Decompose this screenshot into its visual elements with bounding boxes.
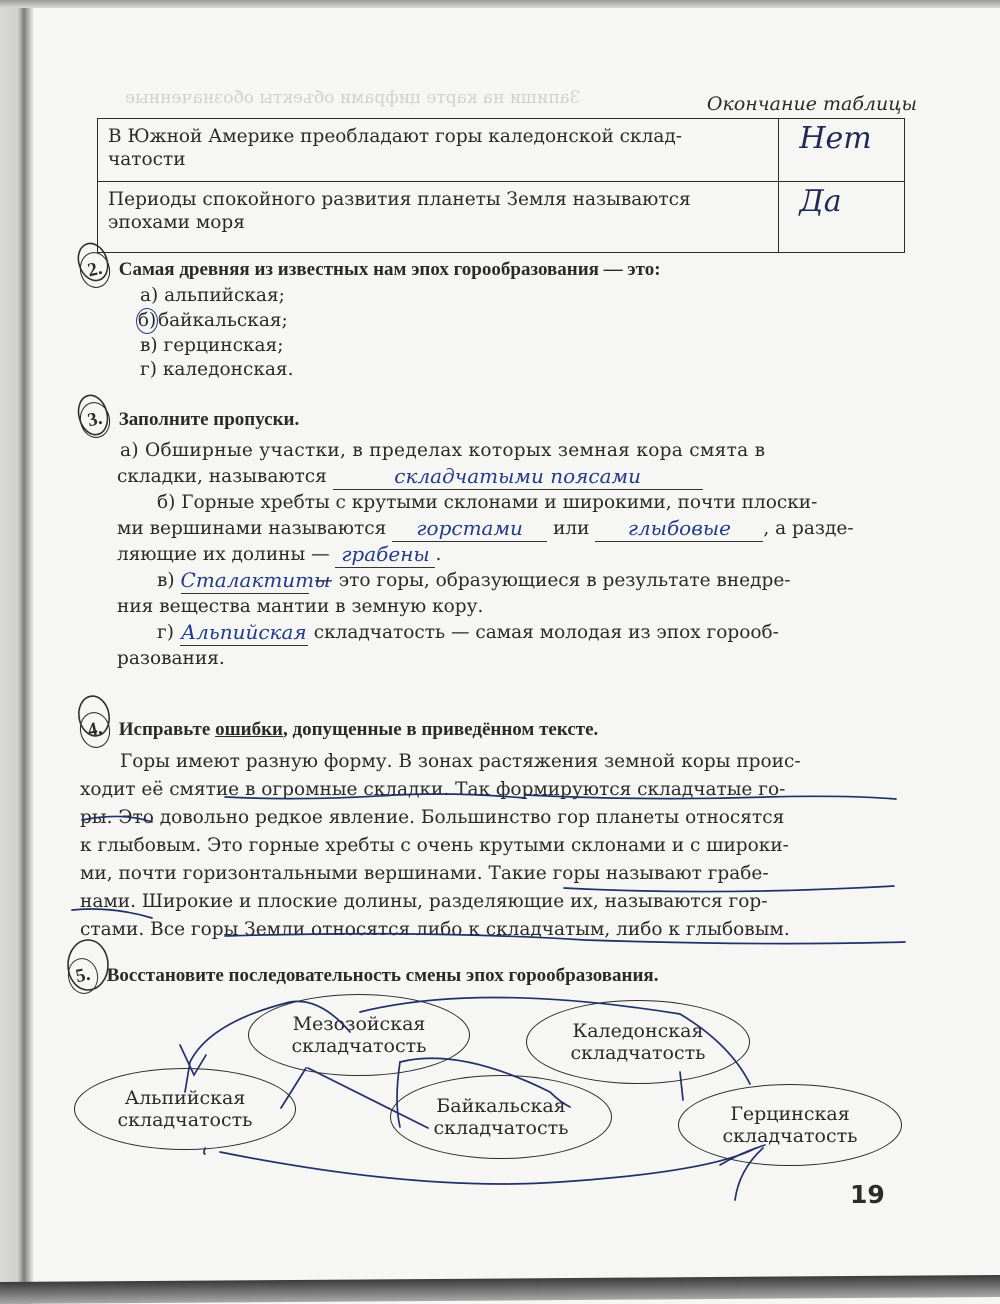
text-line: разования. bbox=[80, 646, 920, 672]
statement-cell: Периоды спокойного развития планеты Земл… bbox=[98, 182, 779, 253]
table-row: Периоды спокойного развития планеты Земл… bbox=[98, 182, 905, 253]
option-text: каледонская. bbox=[163, 359, 294, 380]
text-line: складки, называются складчатыми поясами bbox=[80, 464, 920, 490]
sequence-diagram: Мезозойская складчатость Каледонская скл… bbox=[60, 980, 940, 1220]
task-4-paragraph: Горы имеют разную форму. В зонах растяже… bbox=[80, 748, 920, 944]
text-fragment: стами. bbox=[80, 919, 150, 940]
blank-a[interactable]: складчатыми поясами bbox=[333, 465, 703, 490]
node-label: складчатость bbox=[292, 1035, 427, 1057]
text-fragment: ходит её bbox=[80, 779, 169, 800]
statement-cell: В Южной Америке преобладают горы каледон… bbox=[98, 119, 779, 182]
selected-circle-mark: б) bbox=[136, 308, 158, 334]
text-line: ми вершинами называются горстами или глы… bbox=[80, 516, 920, 542]
text-fragment: или bbox=[553, 518, 589, 539]
text-line: б) Горные хребты с крутыми склонами и ши… bbox=[80, 490, 920, 516]
underlined-error-fragment: Все горы Земли относятся либо к складчат… bbox=[150, 919, 790, 940]
option-letter: г) bbox=[140, 359, 157, 380]
underlined-error-fragment: смятие в огромные складки bbox=[169, 779, 443, 800]
handwritten-answer: Да bbox=[789, 190, 894, 213]
handwritten-answer: Сталактиты bbox=[181, 568, 331, 592]
task-4: 4. Исправьте ошибки, допущенные в привед… bbox=[80, 712, 920, 944]
handwritten-answer: Нет bbox=[789, 127, 894, 150]
task-3-heading: 3. Заполните пропуски. bbox=[80, 402, 920, 438]
text-fragment: Горы имеют разную форму. В зонах растяже… bbox=[120, 751, 801, 772]
handwritten-answer: горстами bbox=[416, 516, 523, 540]
title-fragment: Исправьте bbox=[119, 719, 215, 740]
title-underlined-word: ошибки bbox=[215, 719, 283, 740]
node-label: Мезозойская bbox=[293, 1013, 426, 1035]
text-fragment: к глыбовым. Это горные хребты с очень кр… bbox=[80, 835, 789, 856]
task-2-heading: 2. Самая древняя из известных нам эпох г… bbox=[80, 252, 920, 288]
option-d[interactable]: г) каледонская. bbox=[80, 358, 920, 382]
node-label: складчатость bbox=[434, 1117, 569, 1139]
text-fragment: складчатость — самая молодая из эпох гор… bbox=[314, 622, 779, 643]
underlined-error-fragment: Такие горы называют грабе- bbox=[489, 863, 769, 884]
text-fragment: — это горы, образующиеся в результате вн… bbox=[314, 570, 790, 591]
text-line: а) Обширные участки, в пределах которых … bbox=[80, 438, 920, 464]
text-line: нами. Широкие и плоские долины, разделяю… bbox=[80, 888, 920, 916]
task-number-circled: 4. bbox=[77, 709, 114, 750]
node-label: складчатость bbox=[571, 1042, 706, 1064]
option-letter: в) bbox=[140, 335, 158, 356]
text-fragment: в) bbox=[157, 570, 175, 591]
text-fragment: , а разде- bbox=[763, 518, 853, 539]
statement-text: Периоды спокойного развития планеты Земл… bbox=[108, 188, 768, 211]
page-gutter-shadow bbox=[0, 0, 34, 1304]
option-letter: а) bbox=[140, 285, 158, 306]
option-c[interactable]: в) герцинская; bbox=[80, 334, 920, 358]
handwritten-answer: грабены bbox=[341, 542, 429, 566]
text-line: в) Сталактиты — это горы, образующиеся в… bbox=[80, 568, 920, 594]
text-line: ния вещества мантии в земную кору. bbox=[80, 594, 920, 620]
page-number: 19 bbox=[850, 1180, 885, 1209]
table-row: В Южной Америке преобладают горы каледон… bbox=[98, 119, 905, 182]
text-line: Горы имеют разную форму. В зонах растяже… bbox=[80, 748, 920, 776]
table-caption: Окончание таблицы bbox=[707, 93, 917, 115]
underlined-error-fragment: Так формируются складчатые го- bbox=[455, 779, 785, 800]
option-b-selected[interactable]: б)байкальская; bbox=[80, 308, 920, 334]
answer-cell[interactable]: Да bbox=[779, 182, 905, 253]
underlined-error-fragment: ры. bbox=[80, 807, 112, 828]
node-alpine[interactable]: Альпийская складчатость bbox=[74, 1068, 296, 1150]
text-line: к глыбовым. Это горные хребты с очень кр… bbox=[80, 832, 920, 860]
node-label: Байкальская bbox=[436, 1095, 565, 1117]
node-label: складчатость bbox=[723, 1125, 858, 1147]
blank-b3[interactable]: грабены bbox=[335, 543, 435, 568]
statement-text: В Южной Америке преобладают горы каледон… bbox=[108, 125, 768, 148]
text-fragment: г) bbox=[157, 622, 174, 643]
page-bottom-edge bbox=[0, 1275, 1000, 1304]
text-line: г) Альпийская складчатость — самая молод… bbox=[80, 620, 920, 646]
blank-b2[interactable]: глыбовые bbox=[595, 517, 763, 542]
text-line: ры. Это довольно редкое явление. Большин… bbox=[80, 804, 920, 832]
text-fragment: ми вершинами называются bbox=[117, 518, 386, 539]
blank-b1[interactable]: горстами bbox=[392, 517, 547, 542]
handwritten-answer: складчатыми поясами bbox=[394, 464, 641, 488]
text-fragment: Это довольно редкое явление. Большинство… bbox=[112, 807, 784, 828]
task-3: 3. Заполните пропуски. а) Обширные участ… bbox=[80, 402, 920, 672]
text-fragment: ми, почти горизонтальными вершинами. bbox=[80, 863, 489, 884]
node-label: Альпийская bbox=[125, 1087, 246, 1109]
node-mesozoic[interactable]: Мезозойская складчатость bbox=[248, 994, 470, 1076]
option-text: герцинская; bbox=[164, 335, 284, 356]
task-2-title: Самая древняя из известных нам эпох горо… bbox=[119, 259, 661, 280]
true-false-table: В Южной Америке преобладают горы каледон… bbox=[97, 118, 905, 253]
blank-v[interactable]: Сталактиты bbox=[181, 569, 309, 594]
node-hercynian[interactable]: Герцинская складчатость bbox=[678, 1084, 902, 1166]
text-fragment: . bbox=[443, 779, 455, 800]
text-fragment: . bbox=[435, 544, 441, 565]
task-4-heading: 4. Исправьте ошибки, допущенные в привед… bbox=[80, 712, 920, 748]
node-label: Каледонская bbox=[573, 1020, 704, 1042]
statement-text: эпохами моря bbox=[108, 211, 768, 234]
blank-g[interactable]: Альпийская bbox=[180, 621, 308, 646]
text-line: ляющие их долины — грабены. bbox=[80, 542, 920, 568]
option-text: байкальская; bbox=[158, 310, 288, 331]
node-label: Герцинская bbox=[730, 1103, 849, 1125]
page-top-edge bbox=[0, 0, 1000, 8]
task-number-circled: 3. bbox=[77, 399, 114, 440]
underlined-error-fragment: нами. bbox=[80, 891, 136, 912]
statement-text: чатости bbox=[108, 148, 768, 171]
node-baikal[interactable]: Байкальская складчатость bbox=[390, 1075, 612, 1159]
task-3-title: Заполните пропуски. bbox=[119, 409, 300, 430]
text-fragment: ляющие их долины — bbox=[117, 544, 330, 565]
task-number-circled: 2. bbox=[77, 249, 114, 290]
option-text: альпийская; bbox=[164, 285, 285, 306]
text-line: стами. Все горы Земли относятся либо к с… bbox=[80, 916, 920, 944]
text-line: ми, почти горизонтальными вершинами. Так… bbox=[80, 860, 920, 888]
node-caledonian[interactable]: Каледонская складчатость bbox=[526, 1000, 750, 1084]
bleed-through-text: Запиши на карте цифрами объекты обозначе… bbox=[125, 88, 580, 108]
title-fragment: , допущенные в приведённом тексте. bbox=[283, 719, 598, 740]
handwritten-answer: Альпийская bbox=[181, 620, 307, 644]
handwritten-answer: глыбовые bbox=[628, 516, 731, 540]
node-label: складчатость bbox=[118, 1109, 253, 1131]
text-line: ходит её смятие в огромные складки. Так … bbox=[80, 776, 920, 804]
text-fragment: Широкие и плоские долины, разделяющие их… bbox=[136, 891, 767, 912]
answer-cell[interactable]: Нет bbox=[779, 119, 905, 182]
task-2: 2. Самая древняя из известных нам эпох г… bbox=[80, 252, 920, 382]
text-fragment: складки, называются bbox=[117, 466, 327, 487]
